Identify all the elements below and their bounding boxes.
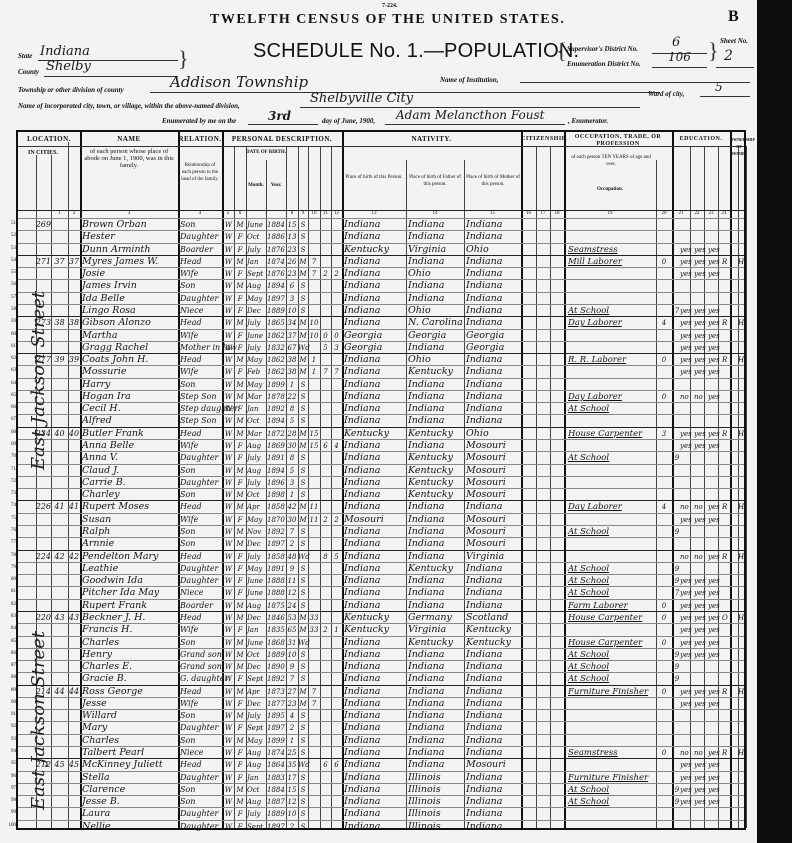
cell-english: yes bbox=[708, 501, 722, 513]
cell-birth: Indiana bbox=[344, 710, 406, 722]
cell-relation: Niece bbox=[180, 587, 222, 599]
cell-marital: S bbox=[298, 526, 308, 538]
cell-farm: H bbox=[738, 612, 748, 624]
cell-relation: Wife bbox=[180, 268, 222, 280]
cell-color: W bbox=[223, 612, 234, 624]
cell-father: Illinois bbox=[408, 772, 464, 784]
cell-house: 224 bbox=[18, 551, 51, 563]
cell-own: R bbox=[722, 551, 732, 563]
col-num: 6 bbox=[234, 211, 246, 216]
cell-month: Nov bbox=[247, 526, 266, 538]
cell-color: W bbox=[223, 575, 234, 587]
cell-year: 1894 bbox=[267, 280, 286, 292]
cell-write: yes bbox=[694, 305, 708, 317]
cell-mother: Ohio bbox=[466, 244, 521, 256]
cell-english: yes bbox=[708, 649, 722, 661]
cell-year: 1894 bbox=[267, 465, 286, 477]
cell-relation: Son bbox=[180, 526, 222, 538]
cell-marital: S bbox=[298, 280, 308, 292]
col-num: 14 bbox=[406, 211, 464, 216]
cell-name: Gragg Rachel bbox=[82, 342, 178, 354]
cell-color: W bbox=[223, 784, 234, 796]
cell-name: Gracie B. bbox=[82, 673, 178, 685]
cell-relation: Daughter bbox=[180, 821, 222, 833]
cell-month: Feb bbox=[247, 366, 266, 378]
cell-relation: Son bbox=[180, 637, 222, 649]
cell-month: July bbox=[247, 244, 266, 256]
cell-month: July bbox=[247, 710, 266, 722]
cell-age: 13 bbox=[286, 231, 298, 243]
cell-sex: M bbox=[234, 526, 246, 538]
cell-year: 1892 bbox=[267, 526, 286, 538]
cell-birth: Indiana bbox=[344, 722, 406, 734]
cell-month: July bbox=[247, 551, 266, 563]
cell-sex: M bbox=[234, 735, 246, 747]
cell-birth: Indiana bbox=[344, 354, 406, 366]
cell-month: Dec bbox=[247, 698, 266, 710]
cell-marital: S bbox=[298, 415, 308, 427]
cell-month: Aug bbox=[247, 796, 266, 808]
cell-marital: S bbox=[298, 489, 308, 501]
cell-write: yes bbox=[694, 268, 708, 280]
cell-relation: G. daughter bbox=[180, 673, 222, 685]
cell-year: 1887 bbox=[267, 796, 286, 808]
cell-occupation: House Carpenter bbox=[568, 612, 656, 624]
cell-occupation: Day Laborer bbox=[568, 501, 656, 513]
brace-icon: } bbox=[178, 46, 189, 72]
cell-month: Aug bbox=[247, 465, 266, 477]
header-ownership: OWNERSHIP OF HOME. bbox=[730, 136, 748, 157]
cell-age: 2 bbox=[286, 538, 298, 550]
cell-birth: Indiana bbox=[344, 366, 406, 378]
cell-name: McKinney Juliett bbox=[82, 759, 178, 771]
cell-color: W bbox=[223, 710, 234, 722]
cell-sex: F bbox=[234, 575, 246, 587]
header-occupation: OCCUPATION, TRADE, OR PROFESSION bbox=[564, 134, 672, 148]
cell-relation: Head bbox=[180, 551, 222, 563]
line-number: 94 bbox=[4, 749, 16, 754]
cell-farm: H bbox=[738, 551, 748, 563]
cell-sex: F bbox=[234, 293, 246, 305]
cell-sex: F bbox=[234, 624, 246, 636]
cell-color: W bbox=[223, 366, 234, 378]
cell-mother: Mosouri bbox=[466, 440, 521, 452]
cell-year: 1832 bbox=[267, 342, 286, 354]
cell-age: 34 bbox=[286, 317, 298, 329]
cell-birth: Indiana bbox=[344, 686, 406, 698]
cell-mother: Mosouri bbox=[466, 514, 521, 526]
cell-relation: Wife bbox=[180, 366, 222, 378]
cell-color: W bbox=[223, 219, 234, 231]
cell-marital: S bbox=[298, 661, 308, 673]
cell-birth: Indiana bbox=[344, 317, 406, 329]
cell-age: 9 bbox=[286, 661, 298, 673]
cell-read: yes bbox=[680, 759, 694, 771]
cell-color: W bbox=[223, 489, 234, 501]
cell-marital: S bbox=[298, 784, 308, 796]
cell-mother: Ohio bbox=[466, 428, 521, 440]
cell-occupation: R. R. Laborer bbox=[568, 354, 656, 366]
cell-marital: S bbox=[298, 808, 308, 820]
cell-english: yes bbox=[708, 317, 722, 329]
supervisor-district: 6 bbox=[672, 35, 680, 50]
cell-color: W bbox=[223, 526, 234, 538]
cell-year: 1892 bbox=[267, 673, 286, 685]
cell-farm: H bbox=[738, 501, 748, 513]
cell-month: Dec bbox=[247, 661, 266, 673]
col-num: 4 bbox=[178, 211, 222, 216]
line-number: 100 bbox=[4, 823, 16, 828]
cell-relation: Daughter bbox=[180, 575, 222, 587]
line-number: 70 bbox=[4, 454, 16, 459]
cell-sex: F bbox=[234, 403, 246, 415]
cell-month: Aug bbox=[247, 747, 266, 759]
cell-read: yes bbox=[680, 637, 694, 649]
cell-color: W bbox=[223, 624, 234, 636]
cell-mother: Indiana bbox=[466, 649, 521, 661]
cell-birth: Indiana bbox=[344, 231, 406, 243]
cell-relation: Niece bbox=[180, 305, 222, 317]
cell-age: 3 bbox=[286, 293, 298, 305]
cell-mother: Indiana bbox=[466, 673, 521, 685]
header-citizenship: CITIZENSHIP. bbox=[521, 136, 564, 143]
line-number: 85 bbox=[4, 639, 16, 644]
line-number: 88 bbox=[4, 675, 16, 680]
cell-write: yes bbox=[694, 354, 708, 366]
cell-month: Aug bbox=[247, 759, 266, 771]
cell-sex: M bbox=[234, 612, 246, 624]
enumerator-name: Adam Melancthon Foust bbox=[396, 108, 544, 122]
cell-mother: Indiana bbox=[466, 710, 521, 722]
cell-month: Oct bbox=[247, 415, 266, 427]
cell-mother: Indiana bbox=[466, 501, 521, 513]
cell-sex: F bbox=[234, 747, 246, 759]
cell-father: Indiana bbox=[408, 538, 464, 550]
cell-years-married: 7 bbox=[308, 268, 320, 280]
cell-children-living: 2 bbox=[331, 268, 342, 280]
cell-year: 1891 bbox=[267, 563, 286, 575]
cell-year: 1895 bbox=[267, 710, 286, 722]
cell-father: Germany bbox=[408, 612, 464, 624]
cell-write: yes bbox=[694, 514, 708, 526]
cell-write: yes bbox=[694, 587, 708, 599]
brace-icon: } bbox=[556, 38, 567, 64]
cell-age: 2 bbox=[286, 722, 298, 734]
cell-father: Indiana bbox=[408, 293, 464, 305]
cell-relation: Daughter bbox=[180, 452, 222, 464]
line-number: 98 bbox=[4, 798, 16, 803]
cell-color: W bbox=[223, 821, 234, 833]
cell-father: Indiana bbox=[408, 649, 464, 661]
cell-school: 9 bbox=[672, 673, 682, 685]
cell-age: 23 bbox=[286, 268, 298, 280]
line-number: 78 bbox=[4, 553, 16, 558]
cell-mother: Georgia bbox=[466, 342, 521, 354]
line-number: 92 bbox=[4, 724, 16, 729]
cell-age: 10 bbox=[286, 305, 298, 317]
cell-farm: H bbox=[738, 428, 748, 440]
cell-relation: Head bbox=[180, 354, 222, 366]
cell-year: 1897 bbox=[267, 293, 286, 305]
cell-birth: Indiana bbox=[344, 526, 406, 538]
line-number: 73 bbox=[4, 491, 16, 496]
cell-sex: M bbox=[234, 538, 246, 550]
cell-name: Talbert Pearl bbox=[82, 747, 178, 759]
cell-mother: Indiana bbox=[466, 391, 521, 403]
cell-name: Leathie bbox=[82, 563, 178, 575]
cell-write: yes bbox=[694, 612, 708, 624]
cell-dwelling: 43 bbox=[51, 612, 68, 624]
cell-color: W bbox=[223, 514, 234, 526]
cell-mother: Mosouri bbox=[466, 526, 521, 538]
col-num: 8 bbox=[286, 211, 298, 216]
cell-month: Oct bbox=[247, 489, 266, 501]
cell-house: 269 bbox=[18, 219, 51, 231]
county-value: Shelby bbox=[46, 59, 91, 74]
cell-color: W bbox=[223, 808, 234, 820]
cell-mother: Scotland bbox=[466, 612, 521, 624]
census-page: 7-224. TWELFTH CENSUS OF THE UNITED STAT… bbox=[0, 0, 757, 843]
cell-name: Charles bbox=[82, 735, 178, 747]
cell-month: June bbox=[247, 219, 266, 231]
cell-age: 1 bbox=[286, 489, 298, 501]
cell-sex: F bbox=[234, 759, 246, 771]
cell-occupation: Seamstress bbox=[568, 244, 656, 256]
cell-year: 1891 bbox=[267, 452, 286, 464]
cell-marital: Wd bbox=[298, 637, 308, 649]
cell-name: Willard bbox=[82, 710, 178, 722]
cell-mother: Georgia bbox=[466, 330, 521, 342]
cell-sex: M bbox=[234, 710, 246, 722]
cell-children-living: 2 bbox=[331, 514, 342, 526]
cell-name: Ralph bbox=[82, 526, 178, 538]
col-num: 23 bbox=[704, 211, 718, 216]
cell-read: yes bbox=[680, 698, 694, 710]
cell-occupation: Seamstress bbox=[568, 747, 656, 759]
cell-father: Indiana bbox=[408, 342, 464, 354]
sheet-letter: B bbox=[728, 8, 739, 26]
cell-color: W bbox=[223, 796, 234, 808]
cell-color: W bbox=[223, 440, 234, 452]
cell-month: Mar bbox=[247, 428, 266, 440]
cell-farm: H bbox=[738, 256, 748, 268]
line-number: 61 bbox=[4, 344, 16, 349]
header-personal: PERSONAL DESCRIPTION. bbox=[222, 136, 342, 143]
cell-house: 220 bbox=[18, 612, 51, 624]
cell-age: 23 bbox=[286, 244, 298, 256]
cell-birth: Indiana bbox=[344, 256, 406, 268]
cell-birth: Indiana bbox=[344, 808, 406, 820]
cell-age: 8 bbox=[286, 403, 298, 415]
cell-sex: F bbox=[234, 268, 246, 280]
cell-sex: F bbox=[234, 673, 246, 685]
cell-relation: Niece bbox=[180, 747, 222, 759]
cell-marital: M bbox=[298, 624, 308, 636]
cell-relation: Boarder bbox=[180, 600, 222, 612]
cell-own: R bbox=[722, 501, 732, 513]
cell-months-unemployed: 0 bbox=[656, 686, 672, 698]
cell-read: yes bbox=[680, 587, 694, 599]
ward-label: Ward of city, bbox=[648, 90, 684, 98]
cell-birth: Indiana bbox=[344, 489, 406, 501]
line-number: 77 bbox=[4, 540, 16, 545]
cell-mother: Indiana bbox=[466, 317, 521, 329]
cell-birth: Indiana bbox=[344, 796, 406, 808]
cell-mother: Indiana bbox=[466, 366, 521, 378]
cell-dwelling: 41 bbox=[51, 501, 68, 513]
cell-year: 1890 bbox=[267, 661, 286, 673]
cell-name: Beckner J. H. bbox=[82, 612, 178, 624]
header-nativity-father: Place of birth of Father of this person. bbox=[408, 174, 462, 188]
cell-english: yes bbox=[708, 772, 722, 784]
cell-mother: Indiana bbox=[466, 808, 521, 820]
cell-marital: M bbox=[298, 501, 308, 513]
cell-sex: F bbox=[234, 231, 246, 243]
cell-birth: Indiana bbox=[344, 649, 406, 661]
cell-mother: Kentucky bbox=[466, 637, 521, 649]
header-relation-desc: Relationship of each person to the head … bbox=[180, 162, 220, 183]
line-number: 91 bbox=[4, 712, 16, 717]
cell-read: yes bbox=[680, 686, 694, 698]
cell-read: yes bbox=[680, 268, 694, 280]
line-number: 87 bbox=[4, 663, 16, 668]
cell-relation: Head bbox=[180, 686, 222, 698]
line-number: 83 bbox=[4, 614, 16, 619]
cell-children-born: 2 bbox=[320, 514, 331, 526]
cell-mother: Indiana bbox=[466, 354, 521, 366]
cell-name: Nellie bbox=[82, 821, 178, 833]
cell-name: Brown Orban bbox=[82, 219, 178, 231]
cell-english: yes bbox=[708, 612, 722, 624]
cell-father: Kentucky bbox=[408, 465, 464, 477]
cell-dwelling: 39 bbox=[51, 354, 68, 366]
cell-marital: M bbox=[298, 354, 308, 366]
cell-age: 7 bbox=[286, 526, 298, 538]
col-num: 7 bbox=[246, 211, 286, 216]
cell-father: Illinois bbox=[408, 821, 464, 833]
cell-relation: Daughter bbox=[180, 563, 222, 575]
cell-sex: F bbox=[234, 440, 246, 452]
cell-father: Indiana bbox=[408, 391, 464, 403]
cell-dwelling: 45 bbox=[51, 759, 68, 771]
cell-father: Indiana bbox=[408, 379, 464, 391]
cell-own: R bbox=[722, 256, 732, 268]
cell-marital: M bbox=[298, 366, 308, 378]
cell-write: yes bbox=[694, 575, 708, 587]
header-education: EDUCATION. bbox=[672, 136, 730, 143]
cell-color: W bbox=[223, 379, 234, 391]
cell-write: yes bbox=[694, 600, 708, 612]
line-number: 67 bbox=[4, 417, 16, 422]
cell-sex: F bbox=[234, 477, 246, 489]
scan-edge bbox=[757, 0, 792, 843]
cell-write: yes bbox=[694, 624, 708, 636]
cell-color: W bbox=[223, 673, 234, 685]
cell-age: 38 bbox=[286, 354, 298, 366]
cell-birth: Indiana bbox=[344, 821, 406, 833]
cell-birth: Kentucky bbox=[344, 244, 406, 256]
cell-father: Indiana bbox=[408, 440, 464, 452]
cell-read: yes bbox=[680, 428, 694, 440]
cell-father: Indiana bbox=[408, 219, 464, 231]
schedule-title: SCHEDULE No. 1.—POPULATION. bbox=[253, 40, 579, 63]
header-year: Year. bbox=[266, 182, 286, 189]
cell-years-married: 33 bbox=[308, 612, 320, 624]
enumeration-label: Enumeration District No. bbox=[567, 60, 641, 68]
cell-name: Mary bbox=[82, 722, 178, 734]
cell-color: W bbox=[223, 735, 234, 747]
header-occupation-sub: Occupation. bbox=[564, 186, 656, 193]
cell-write: yes bbox=[694, 698, 708, 710]
cell-english: yes bbox=[708, 698, 722, 710]
cell-color: W bbox=[223, 317, 234, 329]
line-number: 95 bbox=[4, 761, 16, 766]
cell-month: Sept bbox=[247, 821, 266, 833]
cell-father: Indiana bbox=[408, 759, 464, 771]
cell-mother: Indiana bbox=[466, 722, 521, 734]
cell-father: Kentucky bbox=[408, 428, 464, 440]
cell-occupation: House Carpenter bbox=[568, 637, 656, 649]
cell-relation: Son bbox=[180, 735, 222, 747]
cell-relation: Son bbox=[180, 710, 222, 722]
cell-years-married: 15 bbox=[308, 440, 320, 452]
cell-age: 25 bbox=[286, 747, 298, 759]
cell-name: Pendelton Mary bbox=[82, 551, 178, 563]
cell-father: Indiana bbox=[408, 587, 464, 599]
cell-sex: F bbox=[234, 821, 246, 833]
cell-english: yes bbox=[708, 784, 722, 796]
cell-birth: Indiana bbox=[344, 784, 406, 796]
cell-years-married: 15 bbox=[308, 428, 320, 440]
cell-sex: M bbox=[234, 379, 246, 391]
cell-relation: Son bbox=[180, 379, 222, 391]
cell-english: yes bbox=[708, 440, 722, 452]
cell-month: May bbox=[247, 735, 266, 747]
cell-month: July bbox=[247, 452, 266, 464]
cell-marital: M bbox=[298, 330, 308, 342]
cell-marital: M bbox=[298, 428, 308, 440]
cell-house: 271 bbox=[18, 256, 51, 268]
cell-mother: Indiana bbox=[466, 600, 521, 612]
cell-sex: M bbox=[234, 428, 246, 440]
cell-color: W bbox=[223, 256, 234, 268]
cell-father: Kentucky bbox=[408, 477, 464, 489]
cell-read: yes bbox=[680, 317, 694, 329]
cell-month: Sept bbox=[247, 673, 266, 685]
cell-children-living: 5 bbox=[331, 551, 342, 563]
cell-birth: Indiana bbox=[344, 452, 406, 464]
cell-age: 22 bbox=[286, 391, 298, 403]
cell-sex: F bbox=[234, 342, 246, 354]
cell-mother: Indiana bbox=[466, 784, 521, 796]
cell-name: Stella bbox=[82, 772, 178, 784]
cell-color: W bbox=[223, 403, 234, 415]
cell-color: W bbox=[223, 391, 234, 403]
cell-mother: Indiana bbox=[466, 661, 521, 673]
header-nativity-person: Place of birth of this Person. bbox=[344, 174, 404, 181]
cell-years-married: 1 bbox=[308, 366, 320, 378]
cell-occupation: At School bbox=[568, 452, 656, 464]
cell-years-married: 7 bbox=[308, 698, 320, 710]
cell-birth: Indiana bbox=[344, 538, 406, 550]
col-num: 20 bbox=[656, 211, 672, 216]
cell-name: Susan bbox=[82, 514, 178, 526]
cell-age: 65 bbox=[286, 624, 298, 636]
cell-name: Jesse bbox=[82, 698, 178, 710]
cell-children-born: 5 bbox=[320, 342, 331, 354]
line-number: 80 bbox=[4, 577, 16, 582]
cell-write: yes bbox=[694, 256, 708, 268]
